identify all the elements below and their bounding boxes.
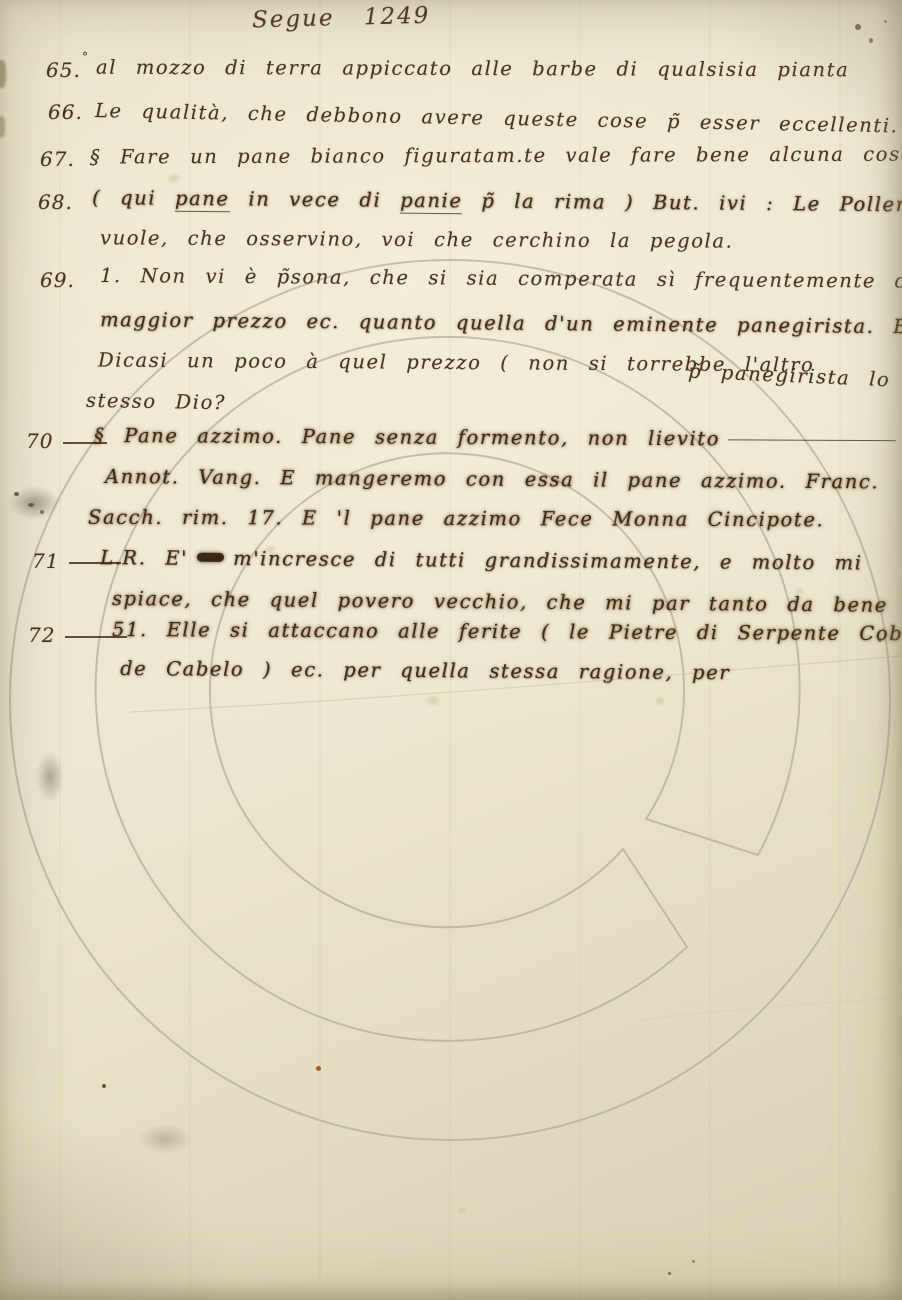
entry-number-70-text: 70 [26,429,53,453]
entry-number-65: 65. [46,58,81,82]
line-68a-seg: ( qui [92,186,175,210]
line-70a-text: § Pane azzimo. Pane senza formento, non … [94,424,720,450]
edge-shading [0,1278,902,1300]
entry-number-72-text: 72 [28,623,55,647]
ink-blot [197,553,224,562]
foxing-spot [166,172,182,184]
manuscript-page: Segue 1249 65. ° al mozzo di terra appic… [0,0,902,1300]
line-71a-prefix: L.R. E' [100,546,188,570]
manuscript-line-72a: 51. Elle si attaccano alle ferite ( le P… [112,618,902,645]
manuscript-line-66: Le qualità, che debbono avere queste cos… [95,99,899,137]
speckle-smudge [8,486,60,520]
ink-speck [668,1272,671,1275]
trailing-ink-rule [728,439,896,441]
line-68a-seg: p̃ la rima ) But. ivi : Le Pollenti pane… [462,189,902,217]
gray-smudge [138,1124,192,1154]
manuscript-line-69d: stesso Dio? [86,389,226,414]
ink-speck [869,38,873,43]
ink-speck [855,24,861,30]
ink-speck [40,510,44,514]
line-68a-underlined-word: panie [400,189,463,215]
line-68a-seg: in vece di [229,187,400,211]
edge-smudge [0,116,5,138]
line-68a-underlined-word: pane [175,187,230,212]
line-71a-suffix: m'incresce di tutti grandissimamente, e … [233,547,863,574]
entry-number-71-text: 71 [32,549,59,573]
corner-shading [0,1100,260,1300]
ink-speck [28,503,34,507]
manuscript-line-69b: maggior prezzo ec. quanto quella d'un em… [100,308,902,339]
foxing-spot [654,696,666,706]
ink-speck [692,1260,695,1263]
ink-speck [14,492,19,496]
rust-dot [102,1084,106,1088]
entry-number-66: 66. [48,100,83,124]
entry-number-67: 67. [40,147,75,171]
manuscript-line-69a: 1. Non vi è p̃sona, che si sia comperata… [100,264,902,294]
manuscript-line-72b: de Cabelo ) ec. per quella stessa ragion… [120,657,730,684]
foxing-spot [424,694,442,707]
manuscript-line-71b: spiace, che quel povero vecchio, che mi … [112,587,902,618]
manuscript-line-70a: § Pane azzimo. Pane senza formento, non … [94,424,896,451]
entry-number-69: 69. [40,268,75,292]
manuscript-line-70b: Annot. Vang. E mangeremo con essa il pan… [105,465,879,493]
foxing-spot [456,1206,468,1215]
edge-smudge [0,60,6,88]
manuscript-line-70c: Sacch. rim. 17. E 'l pane azzimo Fece Mo… [88,506,824,532]
manuscript-line-68b: vuole, che osservino, voi che cerchino l… [100,226,734,252]
paper-crease-line-2 [640,998,902,1020]
ink-speck [884,20,887,23]
page-header: Segue 1249 [252,3,431,34]
manuscript-line-65: al mozzo di terra appiccato alle barbe d… [96,56,849,82]
manuscript-line-68a: ( qui pane in vece di panie p̃ la rima )… [92,186,902,217]
degree-mark: ° [82,50,88,64]
gray-smudge [36,752,64,802]
rust-dot [316,1066,321,1071]
entry-number-68: 68. [38,190,73,214]
manuscript-line-67: § Fare un pane bianco figuratam.te vale … [90,143,902,169]
manuscript-line-69c-tail: p̃ panegirista lo [688,360,891,392]
manuscript-line-71a: L.R. E'm'incresce di tutti grandissimame… [100,546,863,574]
